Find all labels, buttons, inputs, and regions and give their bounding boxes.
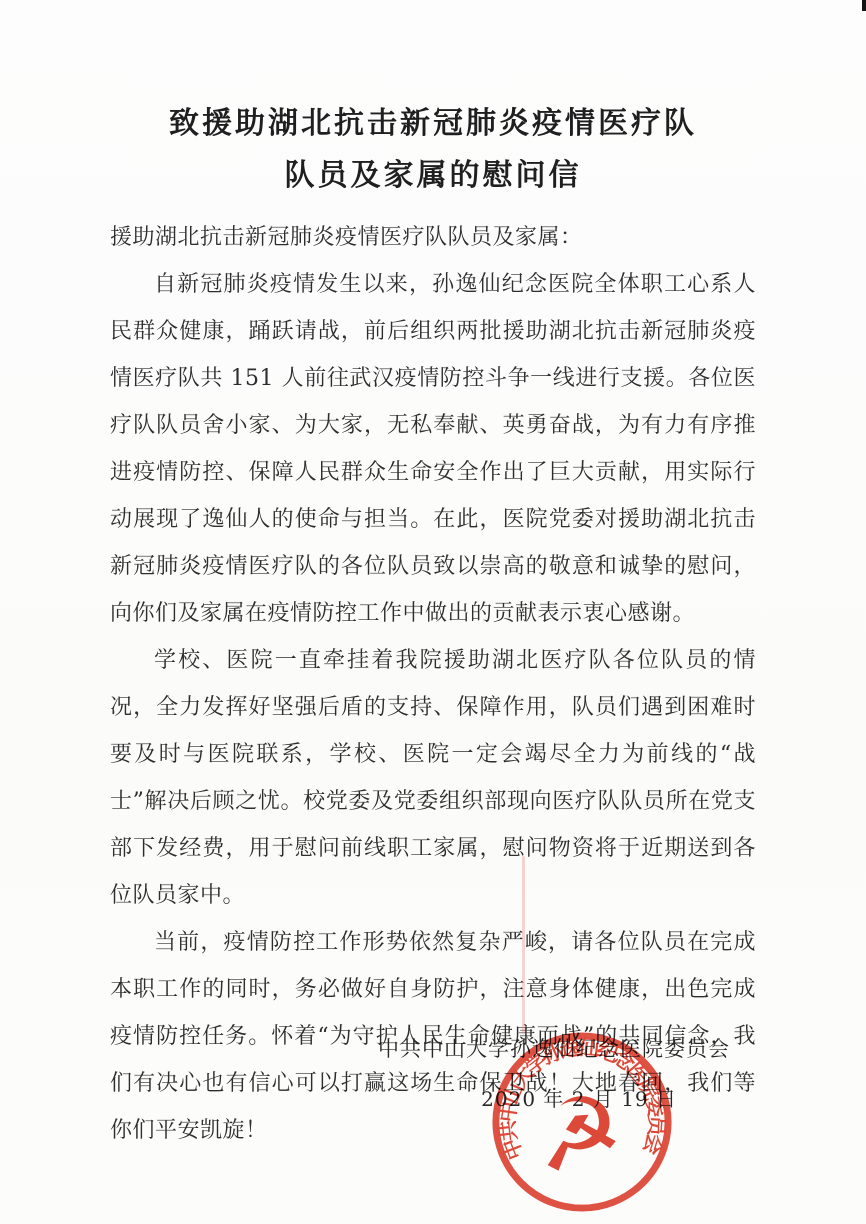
letter-title: 致援助湖北抗击新冠肺炎疫情医疗队 队员及家属的慰问信: [0, 0, 866, 202]
scan-artifact-red-streak: [522, 856, 525, 1034]
paragraph-2: 学校、医院一直牵挂着我院援助湖北医疗队各位队员的情况，全力发挥好坚强后盾的支持、…: [110, 637, 756, 919]
letter-title-line1: 致援助湖北抗击新冠肺炎疫情医疗队: [0, 98, 866, 150]
paragraph-1: 自新冠肺炎疫情发生以来，孙逸仙纪念医院全体职工心系人民群众健康，踊跃请战，前后组…: [110, 261, 756, 637]
scanned-letter-page: 致援助湖北抗击新冠肺炎疫情医疗队 队员及家属的慰问信 援助湖北抗击新冠肺炎疫情医…: [0, 0, 866, 1224]
scan-artifact-corner-speck: [862, 0, 866, 11]
letter-body: 援助湖北抗击新冠肺炎疫情医疗队队员及家属： 自新冠肺炎疫情发生以来，孙逸仙纪念医…: [110, 214, 756, 1154]
hammer-and-sickle-icon: ☭: [528, 1072, 630, 1196]
official-seal: ☭ 中共中山大学孙逸仙纪念医院委员会: [488, 1028, 676, 1216]
salutation: 援助湖北抗击新冠肺炎疫情医疗队队员及家属：: [110, 214, 756, 261]
letter-title-line2: 队员及家属的慰问信: [0, 150, 866, 202]
